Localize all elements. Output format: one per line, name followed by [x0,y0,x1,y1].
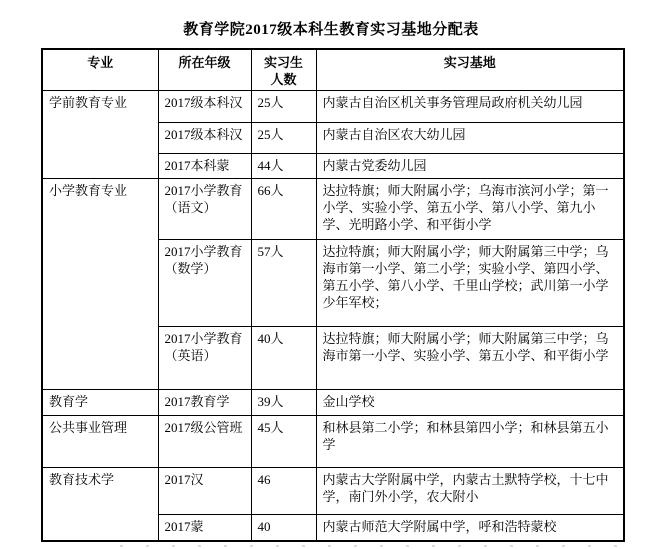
grade-cell: 2017蒙 [158,515,251,541]
grade-cell: 2017本科蒙 [158,154,251,179]
header-base: 实习基地 [316,49,624,91]
grade-cell: 2017小学教育（数学） [158,240,251,327]
count-cell: 66人 [251,179,316,240]
header-grade: 所在年级 [158,49,251,91]
base-cell: 达拉特旗；师大附属小学；乌海市滨河小学；第一小学、实验小学、第五小学、第八小学、… [316,179,624,240]
grade-cell: 2017汉 [158,468,251,515]
table-header-row: 专业 所在年级 实习生 人数 实习基地 [42,49,624,91]
grade-cell: 2017教育学 [158,390,251,416]
count-cell: 40人 [251,327,316,390]
grade-cell: 2017小学教育（语文） [158,179,251,240]
header-count: 实习生 人数 [251,49,316,91]
grade-cell: 2017级本科汉 [158,123,251,154]
table-row: 教育技术学 2017汉 46 内蒙古大学附属中学，内蒙古土默特学校，十七中学，南… [42,468,624,515]
base-cell: 内蒙古师范大学附属中学，呼和浩特蒙校 [316,515,624,541]
count-cell: 46 [251,468,316,515]
table-row: 公共事业管理 2017级公管班 45人 和林县第二小学；和林县第四小学；和林县第… [42,416,624,468]
major-cell: 教育学 [42,390,158,416]
major-cell: 教育技术学 [42,468,158,541]
grade-cell: 2017级本科汉 [158,91,251,123]
table-row: 教育学 2017教育学 39人 金山学校 [42,390,624,416]
page-title: 教育学院2017级本科生教育实习基地分配表 [0,18,662,39]
base-cell: 达拉特旗；师大附属小学；师大附属第三中学；乌海市第一小学、实验小学、第五小学、和… [316,327,624,390]
count-cell: 40 [251,515,316,541]
cutoff-next-row-hint [120,545,630,547]
major-cell: 学前教育专业 [42,91,158,179]
table-row: 学前教育专业 2017级本科汉 25人 内蒙古自治区机关事务管理局政府机关幼儿园 [42,91,624,123]
count-cell: 57人 [251,240,316,327]
document-page: 教育学院2017级本科生教育实习基地分配表 专业 所在年级 实习生 人数 实习基… [0,0,662,549]
count-cell: 25人 [251,123,316,154]
base-cell: 和林县第二小学；和林县第四小学；和林县第五小学 [316,416,624,468]
allocation-table: 专业 所在年级 实习生 人数 实习基地 学前教育专业 2017级本科汉 25人 … [41,48,625,542]
header-major: 专业 [42,49,158,91]
major-cell: 公共事业管理 [42,416,158,468]
base-cell: 内蒙古大学附属中学，内蒙古土默特学校，十七中学，南门外小学，农大附小 [316,468,624,515]
base-cell: 内蒙古党委幼儿园 [316,154,624,179]
base-cell: 内蒙古自治区农大幼儿园 [316,123,624,154]
count-cell: 45人 [251,416,316,468]
table-row: 小学教育专业 2017小学教育（语文） 66人 达拉特旗；师大附属小学；乌海市滨… [42,179,624,240]
base-cell: 达拉特旗；师大附属小学；师大附属第三中学；乌海市第一小学、第二小学；实验小学、第… [316,240,624,327]
count-cell: 25人 [251,91,316,123]
count-cell: 39人 [251,390,316,416]
base-cell: 内蒙古自治区机关事务管理局政府机关幼儿园 [316,91,624,123]
count-cell: 44人 [251,154,316,179]
major-cell: 小学教育专业 [42,179,158,390]
grade-cell: 2017小学教育（英语） [158,327,251,390]
grade-cell: 2017级公管班 [158,416,251,468]
base-cell: 金山学校 [316,390,624,416]
